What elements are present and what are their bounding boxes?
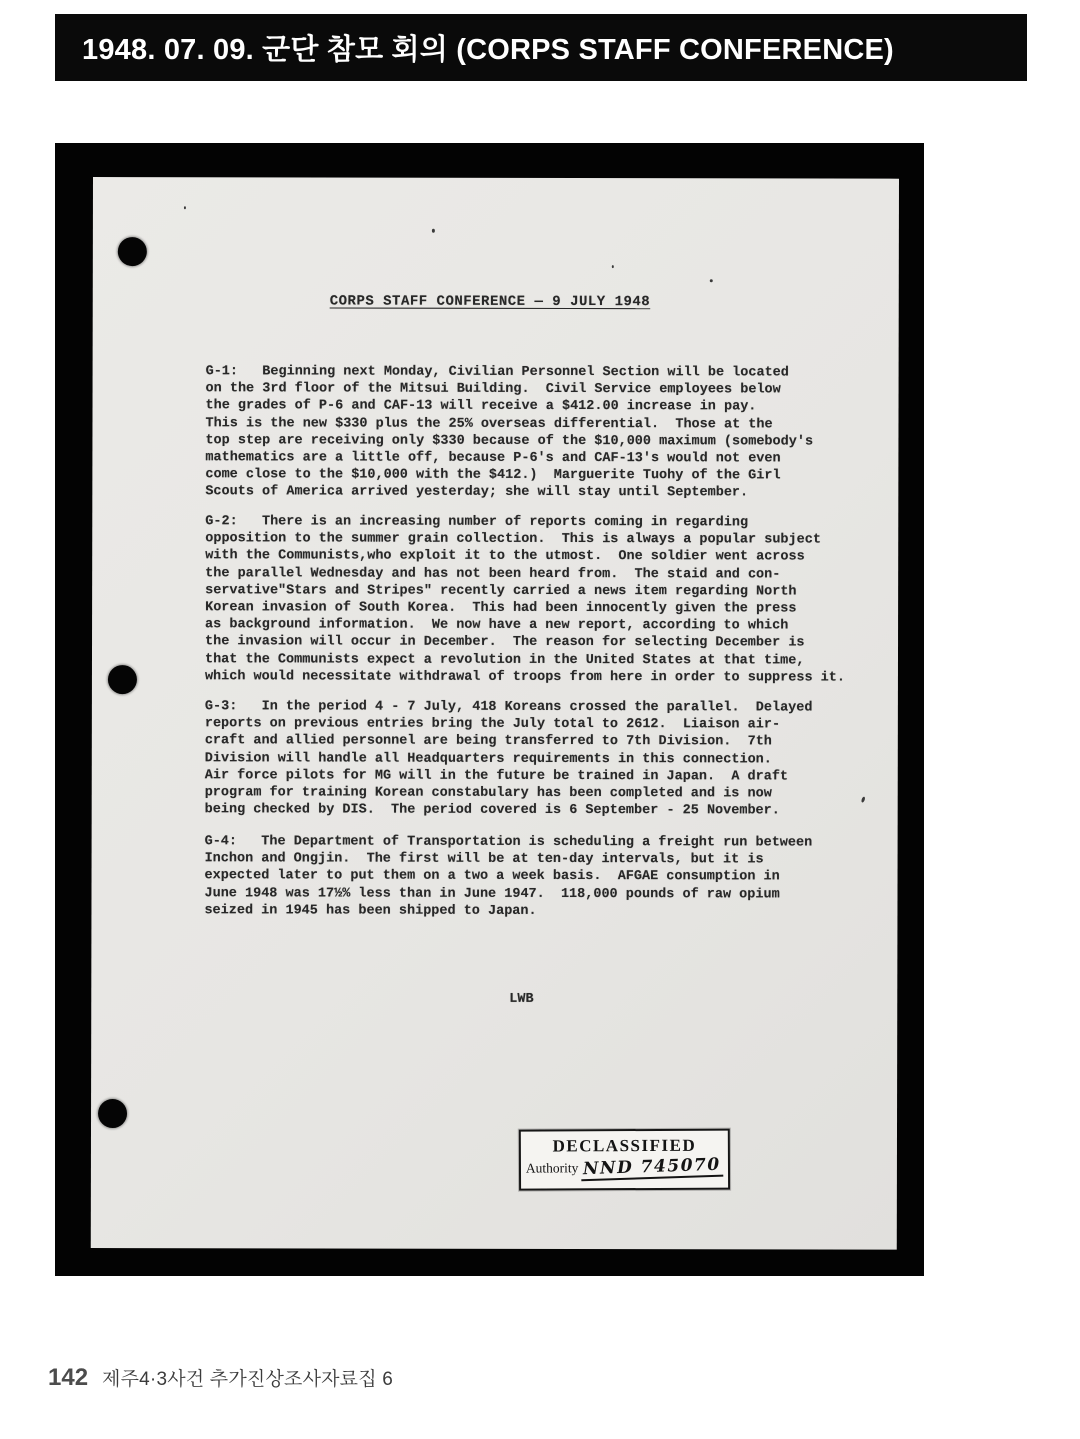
- scanned-paper: CORPS STAFF CONFERENCE — 9 JULY 1948 G-1…: [91, 177, 899, 1250]
- page-footer: 142 제주4·3사건 추가진상조사자료집 6: [48, 1364, 393, 1392]
- stamp-authority-label: Authority: [526, 1160, 579, 1176]
- stamp-authority-row: Authority NND 745070: [521, 1157, 728, 1180]
- scan-speck: [184, 206, 186, 209]
- scan-speck: [710, 279, 713, 282]
- punch-hole-bottom: [98, 1099, 127, 1128]
- book-title: 제주4·3사건 추가진상조사자료집 6: [102, 1364, 393, 1391]
- page-title-bar: 1948. 07. 09. 군단 참모 회의 (CORPS STAFF CONF…: [55, 14, 1027, 81]
- page-number: 142: [48, 1364, 88, 1392]
- document-heading: CORPS STAFF CONFERENCE — 9 JULY 1948: [330, 293, 650, 311]
- paragraph-g4: G-4: The Department of Transportation is…: [204, 833, 812, 920]
- scan-speck: [432, 229, 435, 233]
- document-scan: CORPS STAFF CONFERENCE — 9 JULY 1948 G-1…: [55, 143, 924, 1276]
- paragraph-g3: G-3: In the period 4 - 7 July, 418 Korea…: [205, 698, 813, 820]
- punch-hole-middle: [108, 665, 137, 694]
- scan-speck: [861, 796, 866, 803]
- declassified-stamp: DECLASSIFIED Authority NND 745070: [519, 1129, 730, 1191]
- stamp-title: DECLASSIFIED: [521, 1136, 728, 1157]
- scan-speck: [612, 265, 614, 268]
- signature-initials: LWB: [509, 991, 533, 1008]
- page-title: 1948. 07. 09. 군단 참모 회의 (CORPS STAFF CONF…: [82, 27, 894, 68]
- punch-hole-top: [118, 237, 147, 266]
- paragraph-g1: G-1: Beginning next Monday, Civilian Per…: [205, 363, 813, 502]
- stamp-authority-number: NND 745070: [581, 1155, 723, 1182]
- paragraph-g2: G-2: There is an increasing number of re…: [205, 513, 845, 686]
